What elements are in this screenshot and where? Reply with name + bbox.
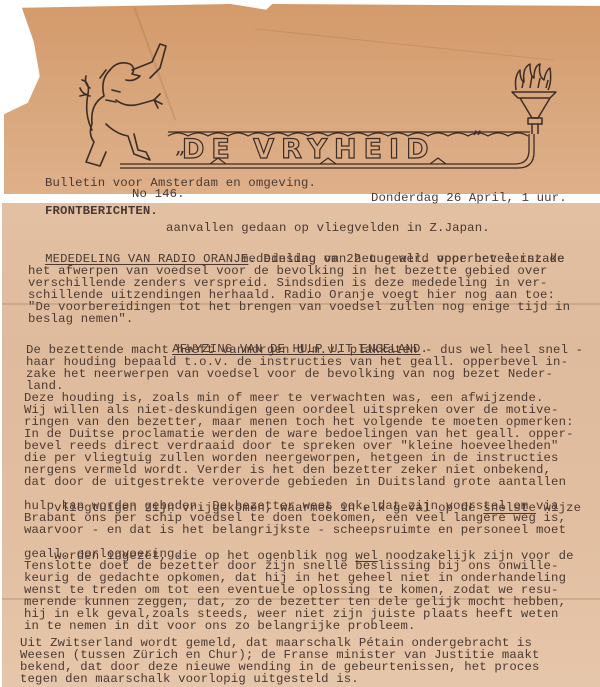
text-line: tegen den maarschalk voorlopig uitgestel… (20, 672, 359, 686)
issue-date: Donderdag 26 April, 1 uur. (371, 191, 567, 205)
text-line: zake het neerwerpen van voedsel voor de … (26, 367, 553, 381)
radio-oranje-first-line: MEDEDELING VAN RADIO ORANJE. Dinsdag om … (30, 238, 565, 266)
section-heading-radio-oranje: MEDEDELING VAN RADIO ORANJE (45, 252, 248, 266)
title-close-quote: ” (472, 126, 482, 150)
issue-number: No 146. (132, 187, 185, 201)
newsletter-title: DE VRYHEID (182, 134, 436, 165)
torch-icon (510, 62, 560, 142)
title-frame (60, 40, 570, 190)
section-heading-frontberichten: FRONTBERICHTEN. (45, 204, 158, 218)
text-line: . Dinsdag om 22 uur werd voor het eerst … (248, 252, 564, 266)
text-line: in te nemen in dit voor ons zo belangrij… (24, 619, 416, 633)
text-line: beslag nemen". (28, 312, 133, 326)
front-partial-line: aanvallen gedaan op vliegvelden in Z.Jap… (166, 221, 490, 235)
masthead: „ DE VRYHEID ” (60, 40, 570, 190)
